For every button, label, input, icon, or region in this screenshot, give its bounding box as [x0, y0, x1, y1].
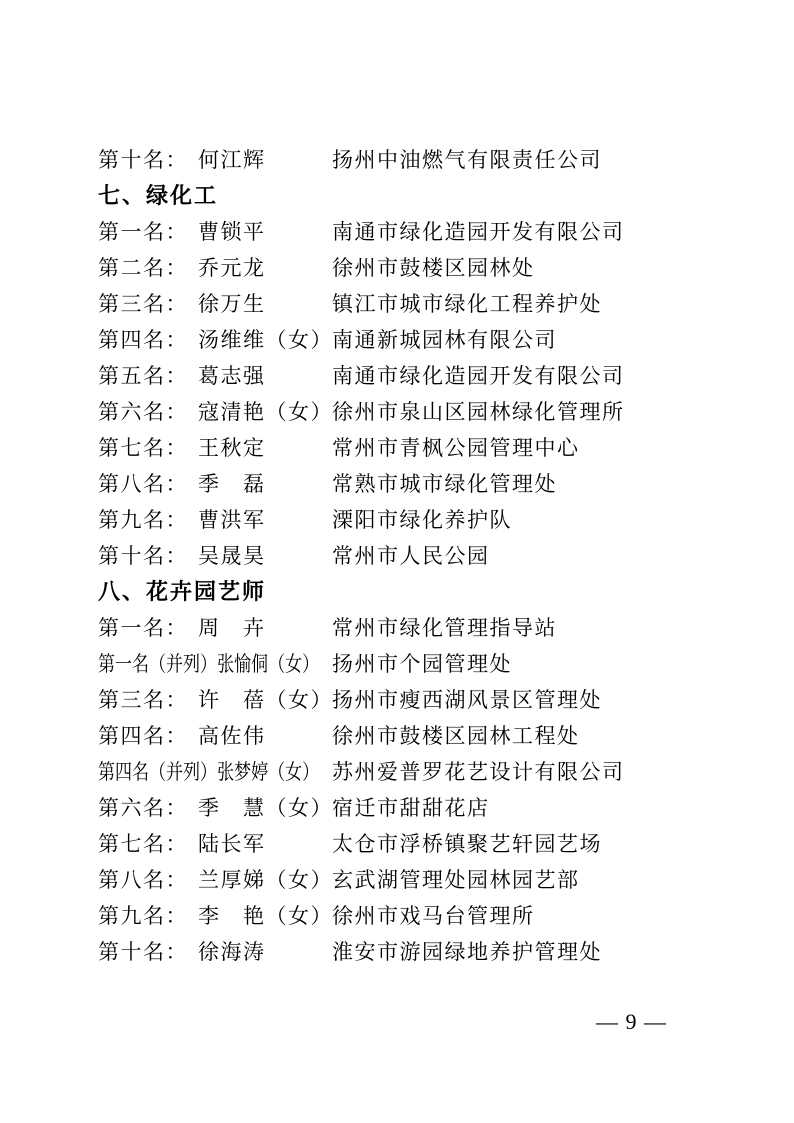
ranking-row: 第四名（并列）张梦婷（女）苏州爱普罗花艺设计有限公司	[98, 754, 698, 790]
ranking-row: 第五名：葛志强南通市绿化造园开发有限公司	[98, 358, 698, 394]
rank-and-name: 第十名：吴晟昊	[98, 538, 266, 574]
rank-label: 第四名：	[98, 724, 188, 748]
ranking-row: 第一名：周 卉常州市绿化管理指导站	[98, 610, 698, 646]
person-name: 曹洪军	[198, 508, 266, 532]
person-name: 徐海涛	[198, 940, 266, 964]
organization-name: 南通市绿化造园开发有限公司	[332, 214, 625, 250]
rank-label: 第七名：	[98, 436, 188, 460]
organization-name: 徐州市鼓楼区园林处	[332, 250, 535, 286]
organization-name: 徐州市泉山区园林绿化管理所	[332, 394, 625, 430]
ranking-row: 第十名：徐海涛淮安市游园绿地养护管理处	[98, 934, 698, 970]
rank-and-name: 第九名：李 艳（女）	[98, 898, 333, 934]
rank-and-name: 第一名：周 卉	[98, 610, 266, 646]
organization-name: 镇江市城市绿化工程养护处	[332, 286, 602, 322]
rank-label: 第一名：	[98, 616, 188, 640]
person-name: 徐万生	[198, 292, 266, 316]
person-name: 兰厚娣（女）	[198, 868, 333, 892]
person-name: 何江辉	[198, 148, 266, 172]
person-name: 李 艳（女）	[198, 904, 333, 928]
rank-label: 第十名：	[98, 940, 188, 964]
rank-and-name: 第十名：徐海涛	[98, 934, 266, 970]
person-name: 张梦婷（女）	[217, 760, 319, 784]
rank-and-name: 第七名：陆长军	[98, 826, 266, 862]
rank-label: 第三名：	[98, 292, 188, 316]
ranking-row: 第一名（并列）张愉侗（女）扬州市个园管理处	[98, 646, 698, 682]
page-number: — 9 —	[596, 1006, 667, 1038]
rank-label: 第八名：	[98, 868, 188, 892]
organization-name: 玄武湖管理处园林园艺部	[332, 862, 580, 898]
organization-name: 南通新城园林有限公司	[332, 322, 557, 358]
organization-name: 苏州爱普罗花艺设计有限公司	[332, 754, 625, 790]
person-name: 乔元龙	[198, 256, 266, 280]
rank-label: 第一名（并列）	[98, 652, 217, 676]
rank-and-name: 第八名：季 磊	[98, 466, 266, 502]
ranking-row: 第八名：兰厚娣（女）玄武湖管理处园林园艺部	[98, 862, 698, 898]
rank-label: 第四名（并列）	[98, 760, 217, 784]
rank-and-name: 第二名：乔元龙	[98, 250, 266, 286]
rank-label: 第三名：	[98, 688, 188, 712]
ranking-row: 第十名：何江辉扬州中油燃气有限责任公司	[98, 142, 698, 178]
rank-and-name: 第七名：王秋定	[98, 430, 266, 466]
person-name: 王秋定	[198, 436, 266, 460]
person-name: 曹锁平	[198, 220, 266, 244]
rank-and-name: 第六名：季 慧（女）	[98, 790, 333, 826]
person-name: 高佐伟	[198, 724, 266, 748]
person-name: 吴晟昊	[198, 544, 266, 568]
document-page: 第十名：何江辉扬州中油燃气有限责任公司七、绿化工第一名：曹锁平南通市绿化造园开发…	[0, 0, 794, 1123]
organization-name: 常熟市城市绿化管理处	[332, 466, 557, 502]
rank-and-name: 第十名：何江辉	[98, 142, 266, 178]
rank-label: 第八名：	[98, 472, 188, 496]
organization-name: 扬州市瘦西湖风景区管理处	[332, 682, 602, 718]
rank-label: 第十名：	[98, 148, 188, 172]
organization-name: 扬州中油燃气有限责任公司	[332, 142, 602, 178]
rank-and-name: 第一名（并列）张愉侗（女）	[98, 646, 319, 682]
ranking-row: 第七名：陆长军太仓市浮桥镇聚艺轩园艺场	[98, 826, 698, 862]
organization-name: 太仓市浮桥镇聚艺轩园艺场	[332, 826, 602, 862]
rank-and-name: 第三名：许 蓓（女）	[98, 682, 333, 718]
person-name: 周 卉	[198, 616, 266, 640]
rank-and-name: 第五名：葛志强	[98, 358, 266, 394]
ranking-row: 第八名：季 磊常熟市城市绿化管理处	[98, 466, 698, 502]
rank-label: 第四名：	[98, 328, 188, 352]
organization-name: 溧阳市绿化养护队	[332, 502, 512, 538]
rank-and-name: 第四名（并列）张梦婷（女）	[98, 754, 319, 790]
section-heading: 八、花卉园艺师	[98, 574, 698, 610]
rank-and-name: 第八名：兰厚娣（女）	[98, 862, 333, 898]
organization-name: 徐州市戏马台管理所	[332, 898, 535, 934]
ranking-row: 第九名：李 艳（女）徐州市戏马台管理所	[98, 898, 698, 934]
person-name: 张愉侗（女）	[217, 652, 319, 676]
organization-name: 常州市青枫公园管理中心	[332, 430, 580, 466]
rank-label: 第一名：	[98, 220, 188, 244]
organization-name: 南通市绿化造园开发有限公司	[332, 358, 625, 394]
ranking-row: 第三名：许 蓓（女）扬州市瘦西湖风景区管理处	[98, 682, 698, 718]
person-name: 季 磊	[198, 472, 266, 496]
person-name: 汤维维（女）	[198, 328, 333, 352]
rank-label: 第五名：	[98, 364, 188, 388]
rank-and-name: 第四名：汤维维（女）	[98, 322, 333, 358]
rank-label: 第六名：	[98, 796, 188, 820]
ranking-row: 第十名：吴晟昊常州市人民公园	[98, 538, 698, 574]
person-name: 葛志强	[198, 364, 266, 388]
person-name: 陆长军	[198, 832, 266, 856]
section-heading: 七、绿化工	[98, 178, 698, 214]
ranking-row: 第九名：曹洪军溧阳市绿化养护队	[98, 502, 698, 538]
rank-label: 第十名：	[98, 544, 188, 568]
rank-and-name: 第三名：徐万生	[98, 286, 266, 322]
rank-and-name: 第四名：高佐伟	[98, 718, 266, 754]
rank-and-name: 第六名：寇清艳（女）	[98, 394, 333, 430]
organization-name: 常州市人民公园	[332, 538, 490, 574]
ranking-list: 第十名：何江辉扬州中油燃气有限责任公司七、绿化工第一名：曹锁平南通市绿化造园开发…	[98, 142, 698, 970]
rank-and-name: 第九名：曹洪军	[98, 502, 266, 538]
person-name: 季 慧（女）	[198, 796, 333, 820]
ranking-row: 第六名：季 慧（女）宿迁市甜甜花店	[98, 790, 698, 826]
ranking-row: 第一名：曹锁平南通市绿化造园开发有限公司	[98, 214, 698, 250]
rank-label: 第九名：	[98, 904, 188, 928]
organization-name: 扬州市个园管理处	[332, 646, 512, 682]
person-name: 许 蓓（女）	[198, 688, 333, 712]
organization-name: 宿迁市甜甜花店	[332, 790, 490, 826]
rank-and-name: 第一名：曹锁平	[98, 214, 266, 250]
rank-label: 第六名：	[98, 400, 188, 424]
ranking-row: 第六名：寇清艳（女）徐州市泉山区园林绿化管理所	[98, 394, 698, 430]
organization-name: 常州市绿化管理指导站	[332, 610, 557, 646]
ranking-row: 第二名：乔元龙徐州市鼓楼区园林处	[98, 250, 698, 286]
ranking-row: 第七名：王秋定常州市青枫公园管理中心	[98, 430, 698, 466]
ranking-row: 第三名：徐万生镇江市城市绿化工程养护处	[98, 286, 698, 322]
rank-label: 第九名：	[98, 508, 188, 532]
organization-name: 淮安市游园绿地养护管理处	[332, 934, 602, 970]
rank-label: 第七名：	[98, 832, 188, 856]
ranking-row: 第四名：高佐伟徐州市鼓楼区园林工程处	[98, 718, 698, 754]
rank-label: 第二名：	[98, 256, 188, 280]
organization-name: 徐州市鼓楼区园林工程处	[332, 718, 580, 754]
ranking-row: 第四名：汤维维（女）南通新城园林有限公司	[98, 322, 698, 358]
person-name: 寇清艳（女）	[198, 400, 333, 424]
